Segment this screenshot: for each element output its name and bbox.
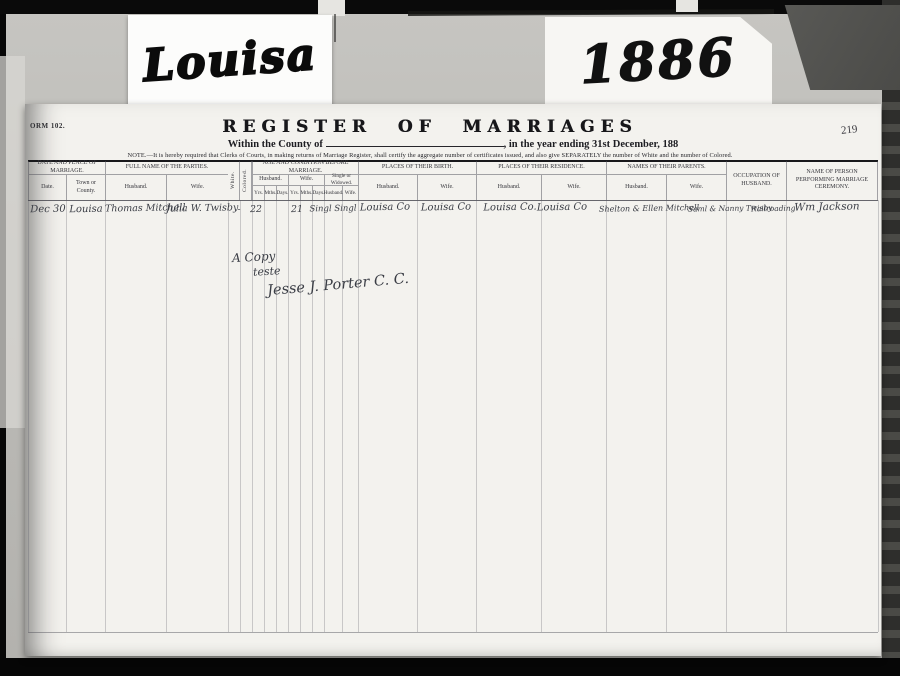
col-group-residence: PLACES OF THEIR RESIDENCE. [476,161,606,175]
col-minister: NAME OF PERSON PERFORMING MARRIAGE CEREM… [786,161,878,200]
tab-seam-line [334,14,336,42]
column-divider [228,200,229,632]
certification-copy: A Copy [232,249,276,265]
column-divider [312,200,313,632]
year-text: 1886 [579,27,739,96]
column-divider [300,200,301,632]
col-white: White. [228,161,240,200]
column-divider [66,200,67,632]
entry-wife-name: Julia W. Twisby [166,202,232,214]
column-divider [878,200,879,632]
entry-husband-name: Thomas Mitchell [105,202,167,214]
col-town-county: Town or County. [66,175,105,200]
col-age-husband: Husband. [252,175,288,186]
entry-occupation: Railroading [751,204,791,214]
scan-border-bottom [0,658,900,676]
col-wife-name: Wife. [166,175,228,200]
year-label: 1886 [545,17,772,106]
column-divider [786,200,787,632]
col-group-parents: NAMES OF THEIR PARENTS. [606,161,726,175]
col-h-yrs: Yrs. [252,186,264,200]
col-colored: Colored. [240,161,252,200]
column-divider [166,200,167,632]
column-divider [358,200,359,632]
column-divider [606,200,607,632]
county-name-label: Louisa [128,15,332,106]
county-blank-line [326,137,504,147]
scanned-register-image: Louisa 1886 ORM 102. 219 REGISTER OF MAR… [0,0,900,676]
col-group-birth: PLACES OF THEIR BIRTH. [358,161,476,175]
col-sw-husband: Husband. [324,186,342,200]
col-single-widowed: Single or Widowed. [324,175,358,186]
entry-husband-age: 22 [245,204,267,215]
column-divider [28,200,29,632]
certification-teste: teste [253,264,281,278]
entry-date: Dec 30 [30,204,66,216]
subtitle-prefix: Within the County of [228,139,323,150]
subtitle-suffix: , in the year ending 31st December, 188 [504,139,679,150]
col-w-days: Days. [312,186,324,200]
header-bottom-rule [28,200,878,201]
entry-birth-wife: Louisa Co [419,202,473,214]
col-w-mths: Mths. [300,186,312,200]
table-bottom-rule [28,632,878,633]
col-age-wife: Wife. [288,175,324,186]
column-divider [105,200,106,632]
subtitle-line: Within the County of , in the year endin… [25,137,881,150]
entry-parents-husband: Shelton & Ellen Mitchell [599,203,689,214]
page-title: REGISTER OF MARRIAGES [110,117,750,137]
col-parents-husband: Husband. [606,175,666,200]
col-h-mths: Mths. [264,186,276,200]
entry-wife-age: 21 [286,204,308,215]
left-page-edge [0,56,25,428]
column-divider [324,200,325,632]
column-divider [541,200,542,632]
page-number: 219 [840,123,858,137]
entry-minister: Wm Jackson [789,200,865,213]
column-divider [726,200,727,632]
col-birth-wife: Wife. [417,175,476,200]
page-tab-edge [676,0,698,12]
page-tab-edge [318,0,345,16]
entry-birth-husband: Louisa Co [358,202,412,214]
entry-parents-wife: Saml & Nanny Twisby [688,203,754,213]
col-group-full-names: FULL NAME OF THE PARTIES. [105,161,228,175]
entry-residence-husband: Louisa Co. [481,201,539,213]
col-h-days: Days. [276,186,288,200]
col-residence-wife: Wife. [541,175,606,200]
column-divider [666,200,667,632]
note-line: NOTE.—It is hereby required that Clerks … [100,152,760,159]
column-divider [342,200,343,632]
col-birth-husband: Husband. [358,175,417,200]
column-divider [240,200,241,632]
col-parents-wife: Wife. [666,175,726,200]
register-page: ORM 102. 219 REGISTER OF MARRIAGES Withi… [25,104,881,656]
scan-border-right [882,0,900,676]
col-date: Date. [28,175,66,200]
col-w-yrs: Yrs. [288,186,300,200]
col-residence-husband: Husband. [476,175,541,200]
column-divider [417,200,418,632]
column-divider [288,200,289,632]
col-sw-wife: Wife. [342,186,358,200]
col-occupation: OCCUPATION OF HUSBAND. [726,161,786,200]
county-name-text: Louisa [141,29,318,92]
form-number: ORM 102. [30,122,65,130]
entry-condition: Singl Singl [308,204,358,215]
entry-residence-wife: Louisa Co [535,202,589,214]
col-group-date-place: DATE AND PLACE OF MARRIAGE. [28,161,105,175]
entry-town: Louisa [67,204,105,216]
col-husband-name: Husband. [105,175,166,200]
column-divider [476,200,477,632]
